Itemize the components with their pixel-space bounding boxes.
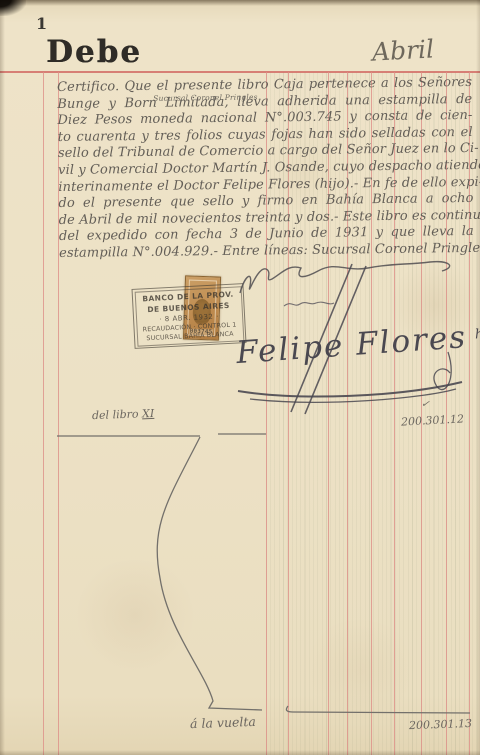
paper-stain — [70, 560, 200, 670]
margin-rule-outer — [43, 72, 44, 755]
bank-rubber-stamp: BANCO DE LA PROV. DE BUENOS AIRES · 8 AB… — [132, 283, 247, 349]
month-heading: Abril — [371, 34, 434, 66]
pencil-diagonal — [157, 437, 262, 710]
header-rule — [0, 71, 480, 73]
scan-edge — [0, 0, 480, 6]
book-reference: del libro XI — [92, 407, 155, 422]
carryover-amount-bottom: 200.301.13 — [409, 717, 472, 732]
scan-edge — [0, 0, 5, 755]
check-mark: ✓ — [420, 398, 430, 410]
book-ref-number: XI — [142, 407, 155, 420]
scan-edge — [0, 750, 480, 755]
folio-number: 1 — [36, 14, 47, 33]
ledger-page: 1 Debe Abril Sucursal Coronel Pringles C… — [0, 0, 480, 755]
footer-note: á la vuelta — [190, 714, 256, 731]
certificate-text: Sucursal Coronel Pringles Certifico. Que… — [57, 75, 474, 263]
interline-insertion: Sucursal Coronel Pringles — [153, 89, 258, 107]
scan-corner-shadow — [0, 0, 26, 16]
scan-edge — [476, 0, 480, 755]
page-title-debe: Debe — [46, 34, 142, 70]
book-ref-prefix: del libro — [92, 407, 139, 422]
